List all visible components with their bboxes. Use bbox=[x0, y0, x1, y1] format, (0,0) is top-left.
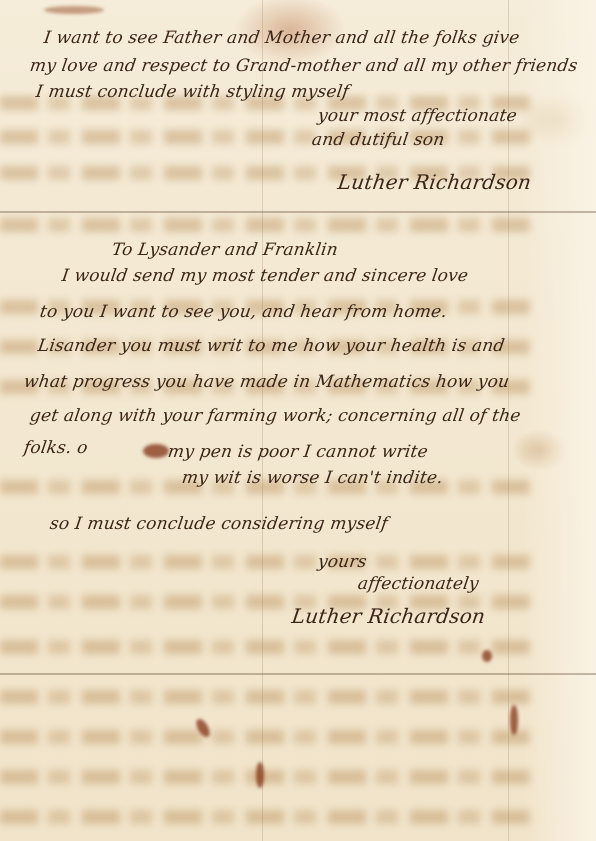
bleed-through-line bbox=[0, 130, 536, 144]
closing-line: affectionately bbox=[357, 574, 480, 594]
verse-line: my pen is poor I cannot write bbox=[167, 442, 430, 462]
bleed-through-line bbox=[0, 555, 536, 569]
signature: Luther Richardson bbox=[290, 604, 487, 628]
bleed-through-line bbox=[0, 730, 536, 744]
closing-line: your most affectionate bbox=[317, 106, 519, 126]
bleed-through-line bbox=[0, 218, 536, 232]
signature: Luther Richardson bbox=[336, 170, 533, 194]
ink-stain bbox=[256, 762, 264, 788]
fold-crease bbox=[0, 673, 596, 675]
bleed-through-line bbox=[0, 810, 536, 824]
letter-line: what progress you have made in Mathemati… bbox=[23, 372, 511, 392]
closing-line: and dutiful son bbox=[311, 130, 446, 150]
ink-stain bbox=[482, 650, 492, 662]
letter-line: my love and respect to Grand-mother and … bbox=[29, 56, 579, 76]
bleed-through-line bbox=[0, 640, 536, 654]
ink-stain bbox=[44, 6, 104, 14]
letter-page: I want to see Father and Mother and all … bbox=[0, 0, 596, 841]
letter-line: I want to see Father and Mother and all … bbox=[43, 28, 521, 48]
letter-line: folks. o bbox=[23, 438, 89, 458]
paper-margin bbox=[524, 0, 596, 841]
conclusion-line: so I must conclude considering myself bbox=[49, 514, 390, 534]
ink-stain bbox=[510, 705, 518, 735]
bleed-through-line bbox=[0, 770, 536, 784]
letter-line: Lisander you must writ to me how your he… bbox=[37, 336, 506, 356]
verse-line: my wit is worse I can't indite. bbox=[181, 468, 445, 488]
ink-blot bbox=[143, 444, 169, 458]
letter-line: get along with your farming work; concer… bbox=[29, 406, 522, 426]
closing-line: yours bbox=[317, 552, 368, 572]
bleed-through-line bbox=[0, 690, 536, 704]
letter-line: I would send my most tender and sincere … bbox=[61, 266, 470, 286]
fold-crease bbox=[0, 211, 596, 213]
salutation: To Lysander and Franklin bbox=[111, 240, 340, 260]
letter-line: to you I want to see you, and hear from … bbox=[39, 302, 449, 322]
letter-line: I must conclude with styling myself bbox=[35, 82, 351, 102]
